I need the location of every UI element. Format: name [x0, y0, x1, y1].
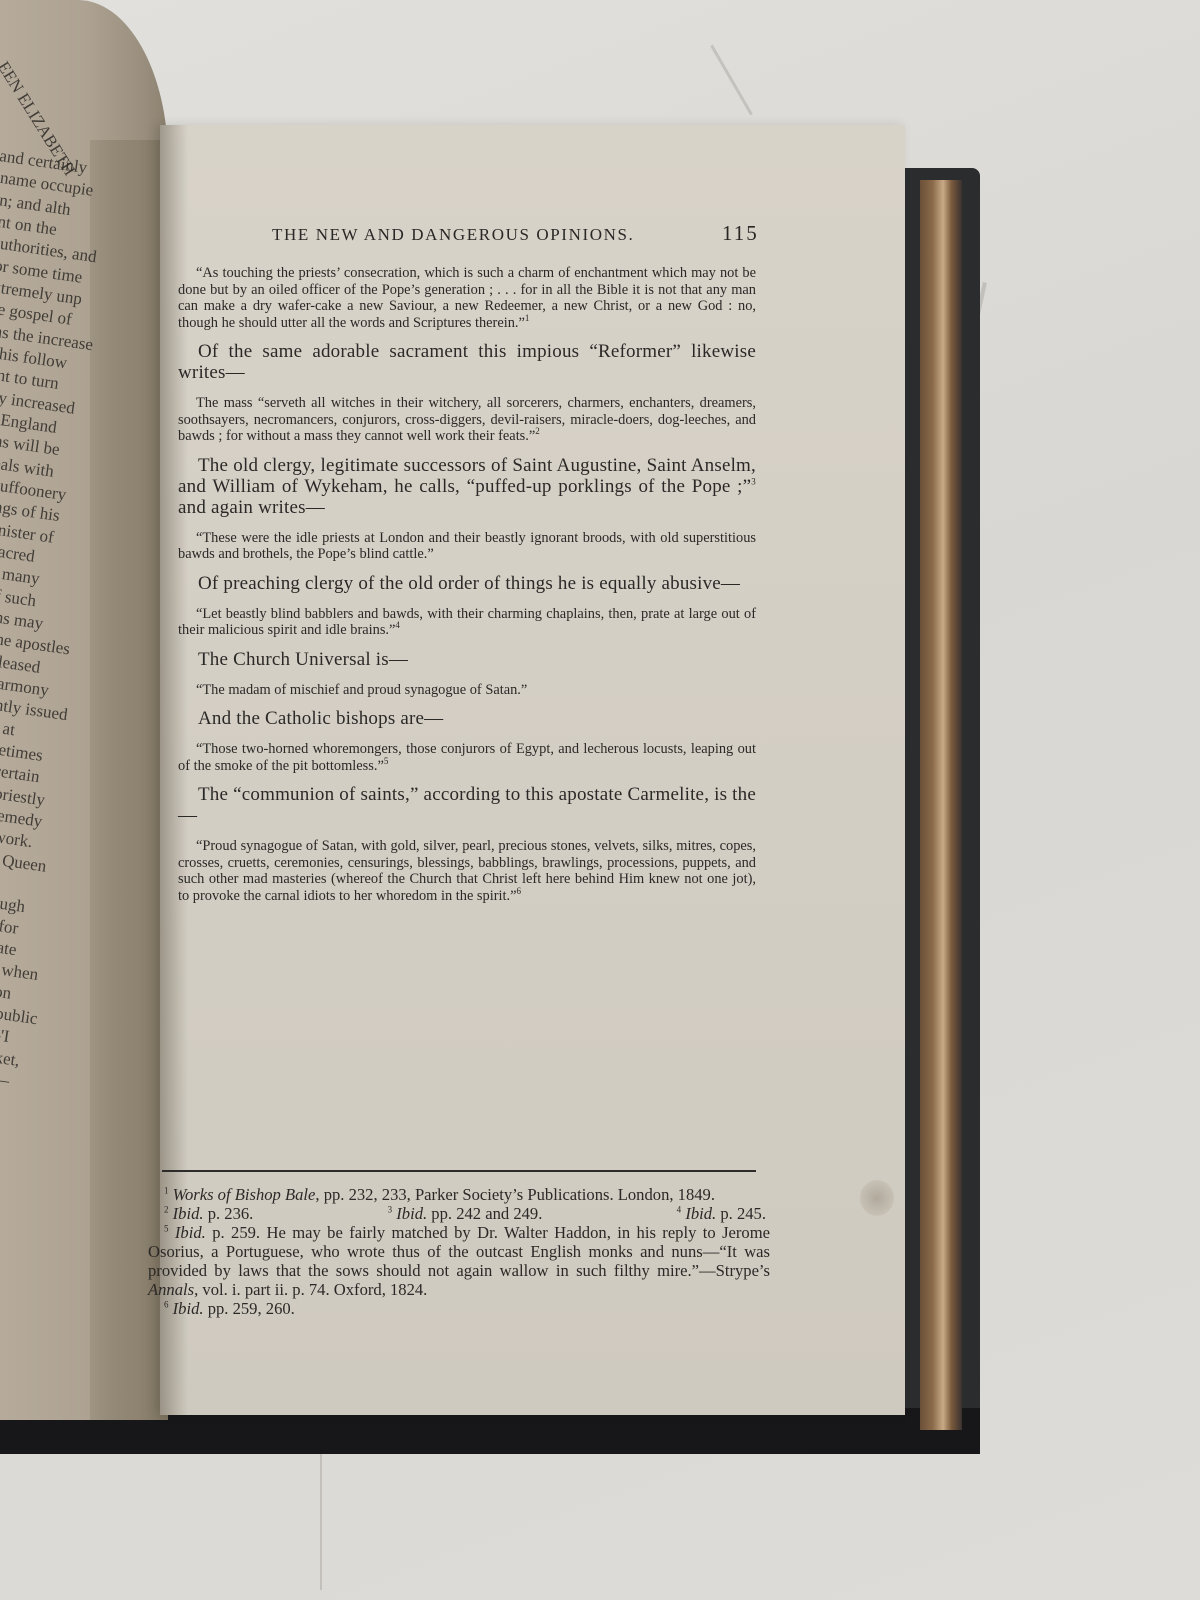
paragraph: The Church Universal is—: [178, 649, 756, 670]
footnotes: 1 Works of Bishop Bale, pp. 232, 233, Pa…: [148, 1185, 770, 1318]
footnote-5: 5 Ibid. p. 259. He may be fairly matched…: [148, 1223, 770, 1299]
block-quote: “Proud synagogue of Satan, with gold, si…: [178, 838, 756, 904]
left-page-line: hat, when: [0, 956, 39, 985]
left-page-line: Though: [0, 890, 26, 917]
left-page-line: dary at: [0, 714, 16, 740]
paragraph: The “communion of saints,” according to …: [178, 784, 756, 826]
block-quote: “As touching the priests’ consecration, …: [178, 265, 756, 331]
main-text: “As touching the priests’ consecration, …: [178, 265, 756, 914]
footnote-divider: [162, 1170, 756, 1172]
footnote-3: 3 Ibid. pp. 242 and 249.: [372, 1204, 543, 1223]
left-page-line: st—'I: [0, 1022, 11, 1047]
left-page-line: sometimes: [0, 736, 44, 766]
table-crack: [320, 1450, 322, 1590]
footnote-ref[interactable]: 5: [384, 756, 389, 766]
stain-mark: [860, 1180, 894, 1216]
page-block-edge: [920, 180, 962, 1430]
left-page-line: the public: [0, 1000, 39, 1029]
footnote-ref[interactable]: 1: [525, 313, 530, 323]
footnote-ref[interactable]: 3: [751, 476, 756, 486]
block-quote: “The madam of mischief and proud synagog…: [178, 682, 756, 699]
footnote-ref[interactable]: 4: [395, 620, 400, 630]
footnote-ref[interactable]: 6: [517, 886, 522, 896]
footnotes-2-4: 2 Ibid. p. 236. 3 Ibid. pp. 242 and 249.…: [148, 1204, 770, 1223]
block-quote: “Those two-horned whoremongers, those co…: [178, 741, 756, 774]
footnote-4: 4 Ibid. p. 245.: [661, 1204, 766, 1223]
paragraph: And the Catholic bishops are—: [178, 708, 756, 729]
right-page: THE NEW AND DANGEROUS OPINIONS. 115 “As …: [160, 125, 905, 1415]
left-page: EEN ELIZABETHera, and certainlyHis name …: [0, 0, 168, 1420]
block-quote: “These were the idle priests at London a…: [178, 530, 756, 563]
paragraph: The old clergy, legitimate successors of…: [178, 455, 756, 518]
paragraph: Of the same adorable sacrament this impi…: [178, 341, 756, 383]
block-quote: “Let beastly blind babblers and bawds, w…: [178, 606, 756, 639]
left-page-line: ion on: [0, 978, 13, 1004]
footnote-ref[interactable]: 2: [535, 426, 540, 436]
paragraph: Of preaching clergy of the old order of …: [178, 573, 756, 594]
left-page-line: Becket,: [0, 1044, 21, 1071]
page-number: 115: [722, 221, 759, 246]
footnote-6: 6 Ibid. pp. 259, 260.: [148, 1299, 770, 1318]
block-quote: The mass “serveth all witches in their w…: [178, 395, 756, 445]
running-head: THE NEW AND DANGEROUS OPINIONS.: [272, 225, 762, 245]
footnote-1: 1 Works of Bishop Bale, pp. 232, 233, Pa…: [148, 1185, 770, 1204]
footnote-2: 2 Ibid. p. 236.: [148, 1204, 253, 1223]
table-crack: [710, 45, 753, 116]
